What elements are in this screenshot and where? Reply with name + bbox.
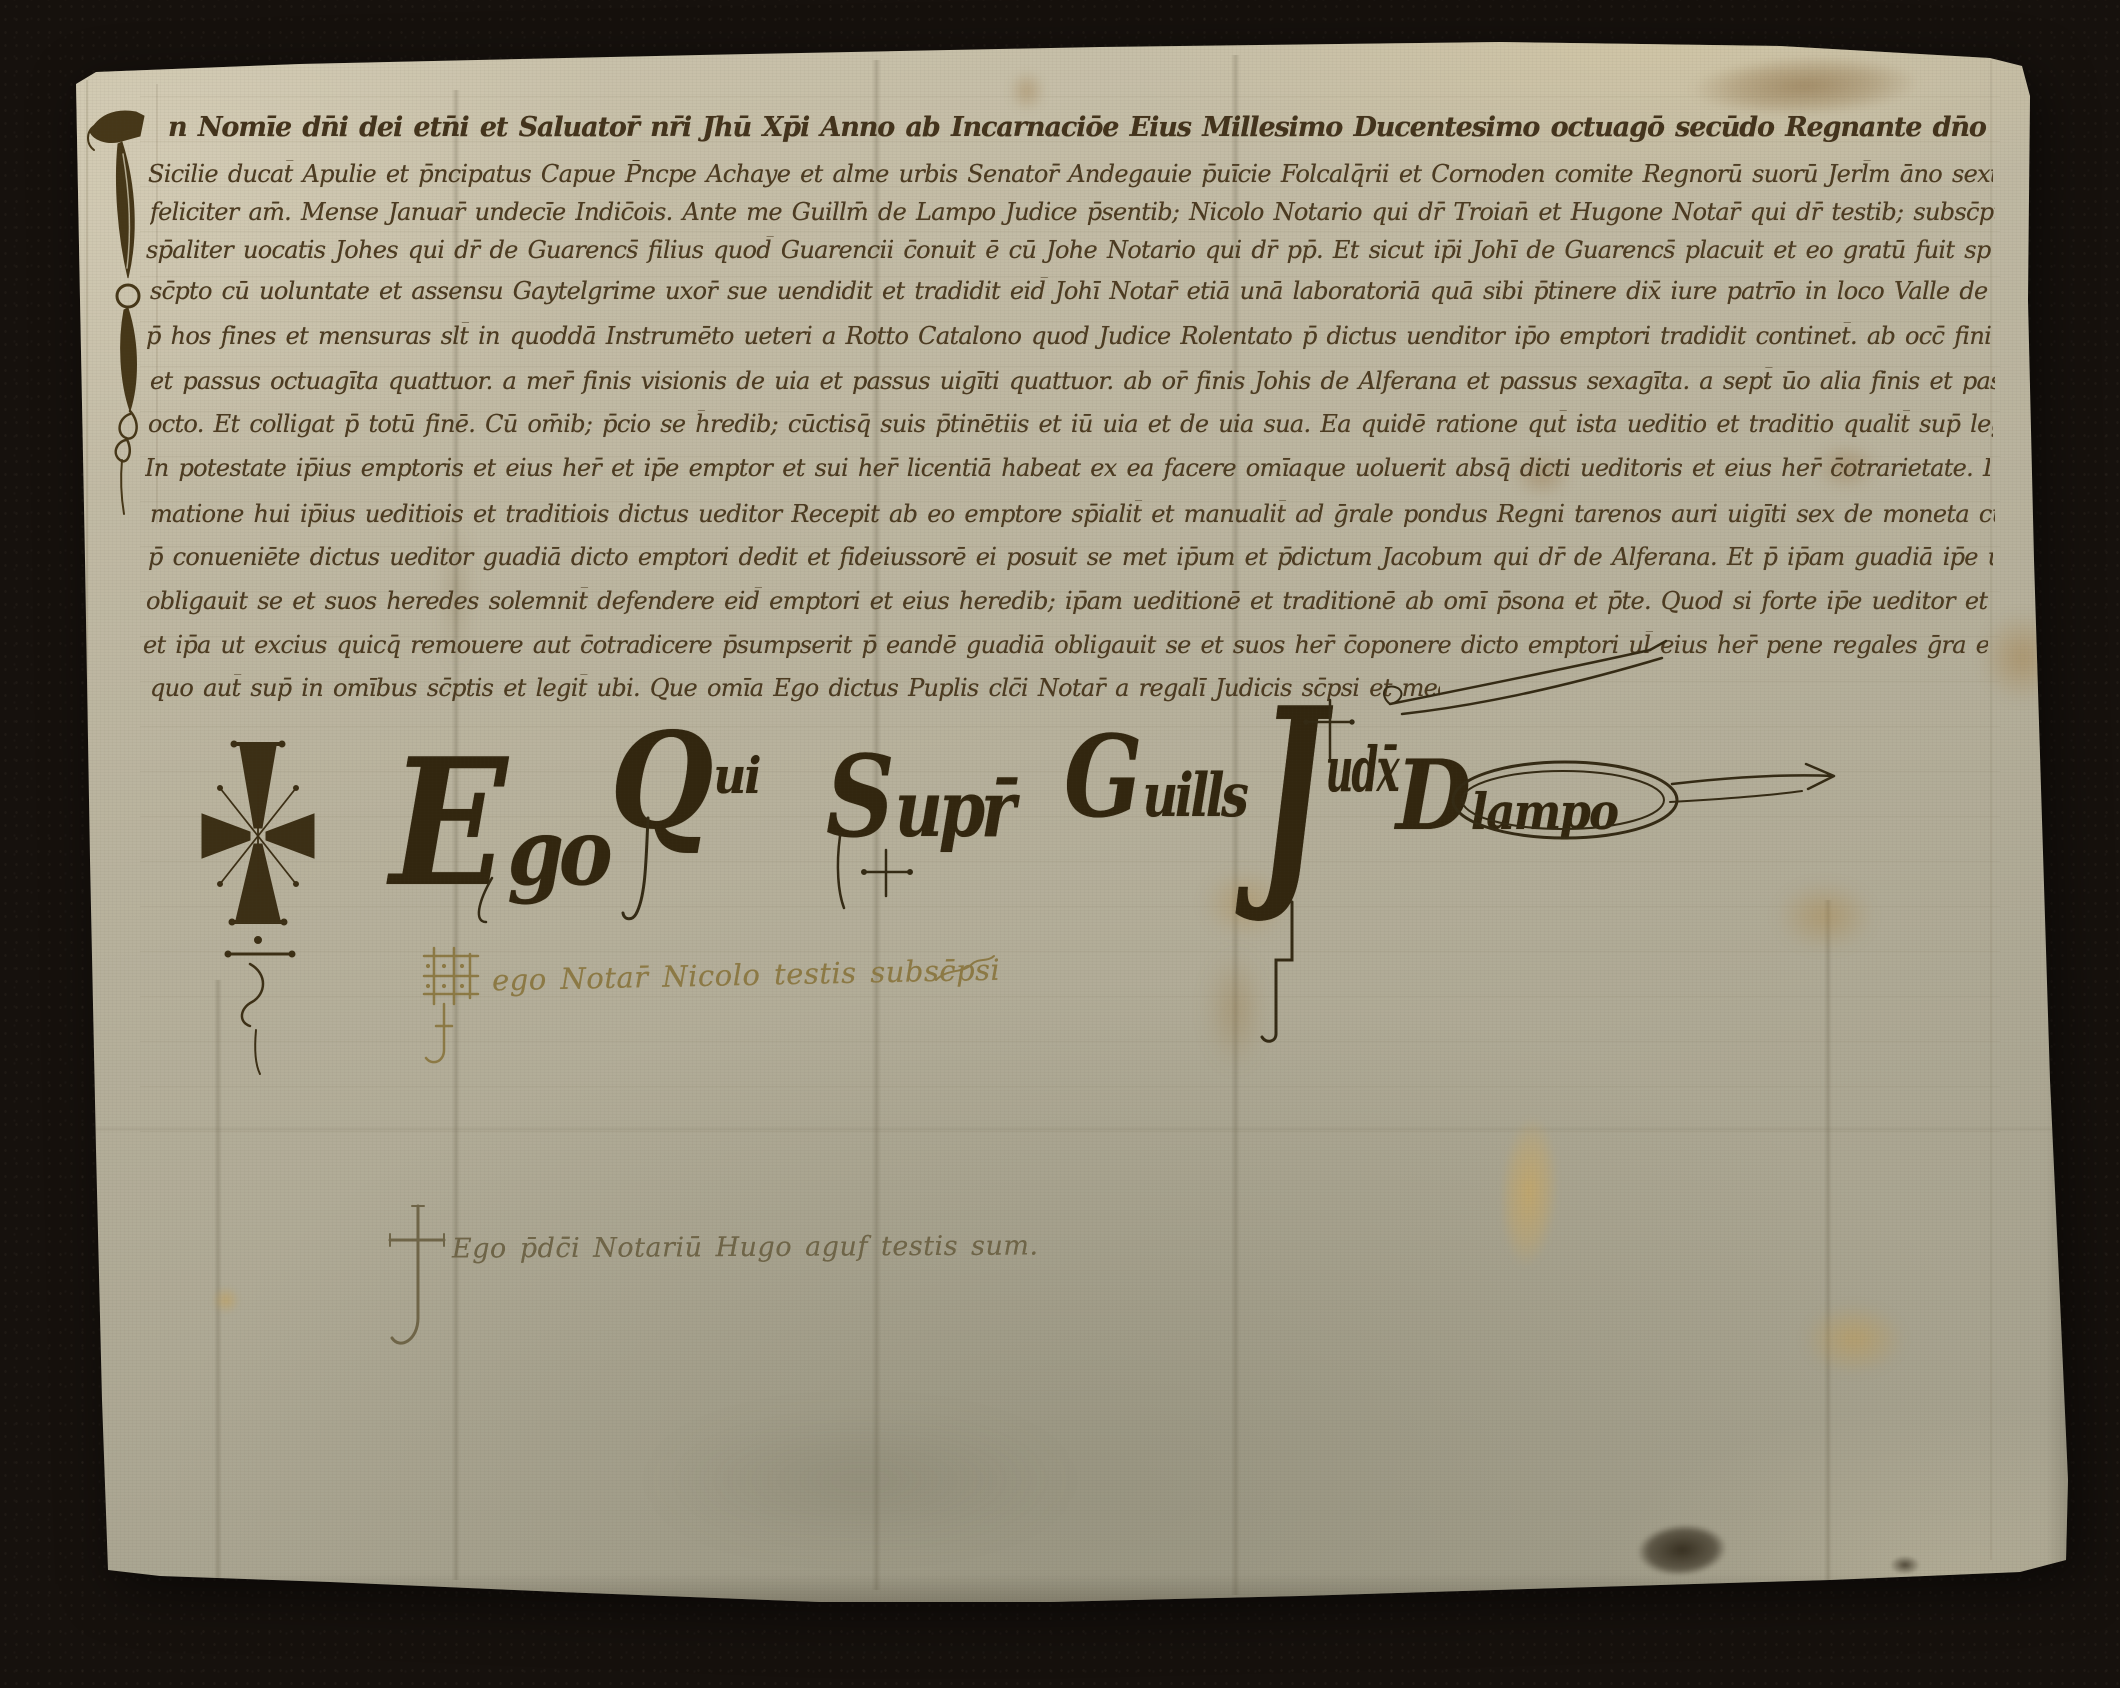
right-edge-shadow bbox=[2046, 40, 2072, 1608]
bottom-edge-shadow bbox=[0, 1574, 2120, 1604]
parchment-sheet: n Nomīe dn̄i dei etn̄i et Saluator̄ nr̄i… bbox=[0, 0, 2120, 1688]
photograph-of-charter: n Nomīe dn̄i dei etn̄i et Saluator̄ nr̄i… bbox=[0, 0, 2120, 1688]
parchment-shadow-wrap: n Nomīe dn̄i dei etn̄i et Saluator̄ nr̄i… bbox=[0, 0, 2120, 1688]
pen-flourishes bbox=[0, 0, 2120, 1688]
